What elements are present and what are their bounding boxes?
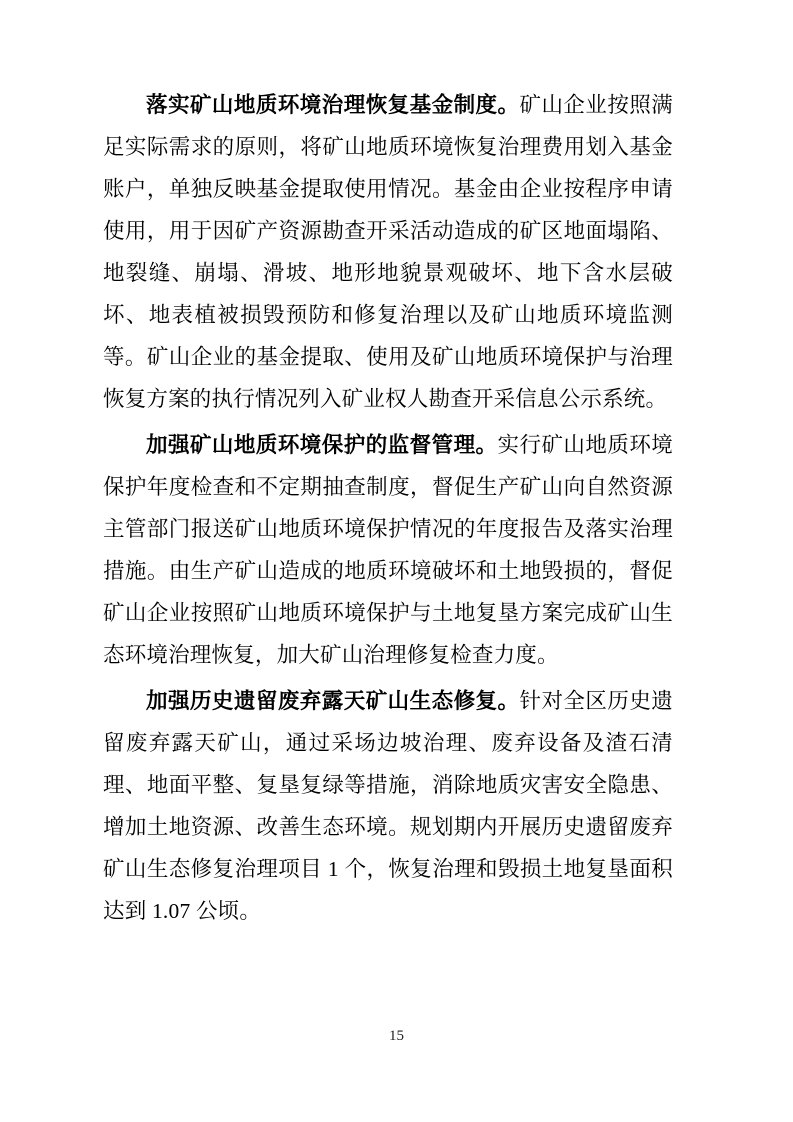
paragraph-text: 矿山企业按照满足实际需求的原则，将矿山地质环境恢复治理费用划入基金账户，单独反映… bbox=[103, 93, 673, 411]
paragraph-heading: 加强历史遗留废弃露天矿山生态修复。 bbox=[146, 689, 519, 713]
paragraph-supervision: 加强矿山地质环境保护的监督管理。实行矿山地质环境保护年度检查和不定期抽查制度，督… bbox=[103, 424, 673, 676]
paragraph-text: 实行矿山地质环境保护年度检查和不定期抽查制度，督促生产矿山向自然资源主管部门报送… bbox=[103, 433, 673, 667]
paragraph-heading: 落实矿山地质环境治理恢复基金制度。 bbox=[146, 93, 519, 117]
paragraph-text: 针对全区历史遗留废弃露天矿山，通过采场边坡治理、废弃设备及渣石清理、地面平整、复… bbox=[103, 689, 673, 923]
paragraph-heading: 加强矿山地质环境保护的监督管理。 bbox=[146, 433, 498, 457]
document-body: 落实矿山地质环境治理恢复基金制度。矿山企业按照满足实际需求的原则，将矿山地质环境… bbox=[103, 84, 673, 932]
page-number: 15 bbox=[0, 1026, 793, 1046]
document-page: 落实矿山地质环境治理恢复基金制度。矿山企业按照满足实际需求的原则，将矿山地质环境… bbox=[0, 0, 793, 1122]
paragraph-fund-system: 落实矿山地质环境治理恢复基金制度。矿山企业按照满足实际需求的原则，将矿山地质环境… bbox=[103, 84, 673, 420]
paragraph-ecological-restoration: 加强历史遗留废弃露天矿山生态修复。针对全区历史遗留废弃露天矿山，通过采场边坡治理… bbox=[103, 680, 673, 932]
